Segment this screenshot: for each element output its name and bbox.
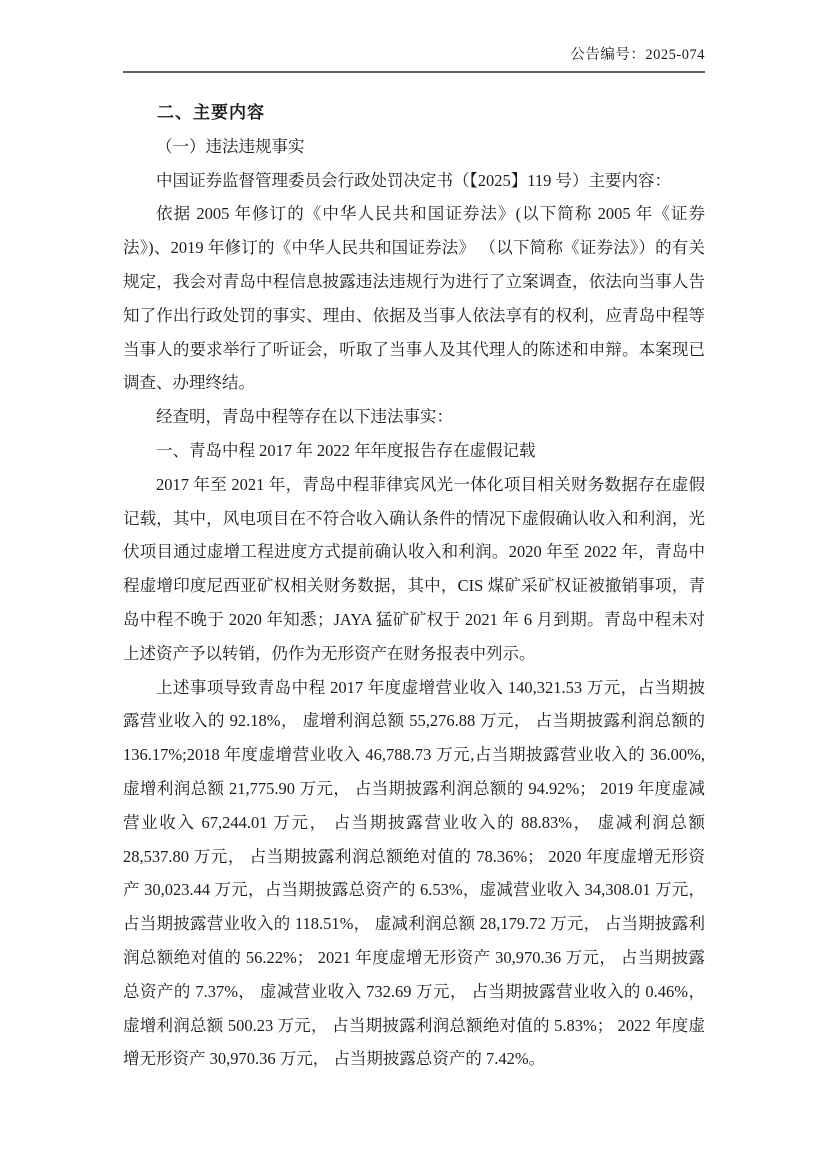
subsection-title-annual-report-false-records: 一、青岛中程 2017 年 2022 年年度报告存在虚假记载 [123, 434, 705, 468]
paragraph-false-records-details: 2017 年至 2021 年，青岛中程菲律宾风光一体化项目相关财务数据存在虚假记… [123, 468, 705, 671]
paragraph-findings-intro: 经查明，青岛中程等存在以下违法事实： [123, 400, 705, 434]
document-body: 二、主要内容 （一）违法违规事实 中国证券监督管理委员会行政处罚决定书（【202… [123, 96, 705, 1076]
paragraph-financial-impact-figures: 上述事项导致青岛中程 2017 年度虚增营业收入 140,321.53 万元，占… [123, 671, 705, 1077]
paragraph-decision-document-intro: 中国证券监督管理委员会行政处罚决定书（【2025】119 号）主要内容： [123, 164, 705, 198]
paragraph-legal-basis-investigation: 依据 2005 年修订的《中华人民共和国证券法》(以下简称 2005 年《证券法… [123, 197, 705, 400]
announcement-number: 公告编号：2025-074 [123, 46, 705, 73]
subsection-title-violation-facts: （一）违法违规事实 [123, 130, 705, 164]
section-heading-main-content: 二、主要内容 [123, 96, 705, 130]
document-page: 公告编号：2025-074 二、主要内容 （一）违法违规事实 中国证券监督管理委… [0, 0, 827, 1169]
